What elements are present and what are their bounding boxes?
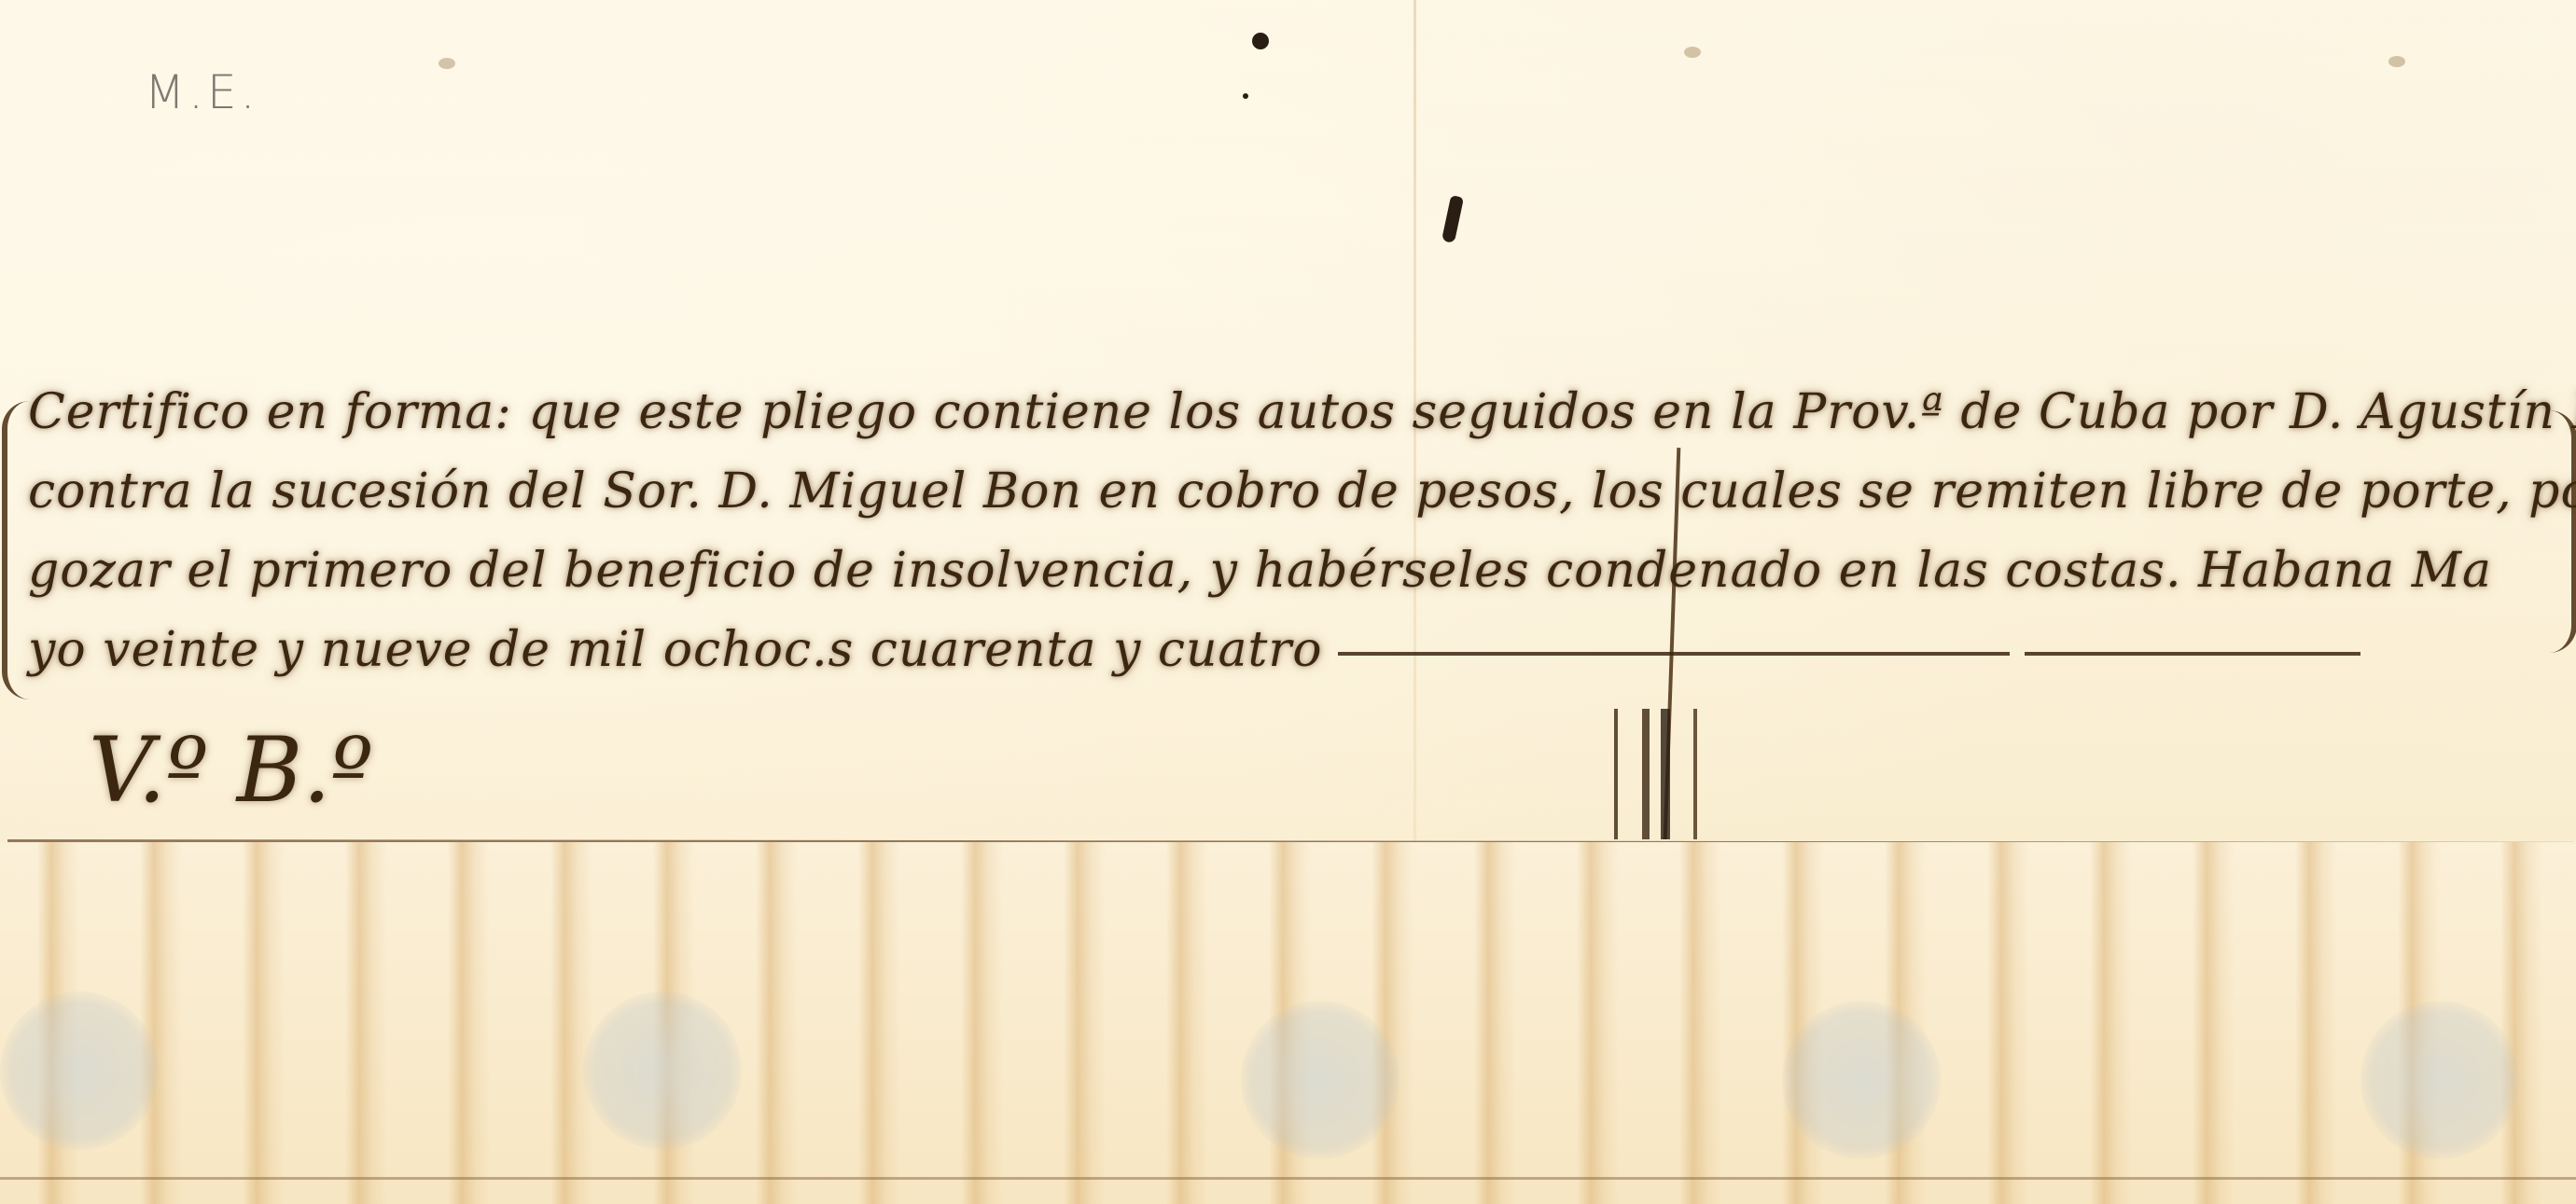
lower-folded-panel (0, 842, 2576, 1204)
visto-bueno-signature: V.º B.º (89, 718, 373, 823)
line-fill-rule (1338, 652, 2010, 656)
line-fill-rule (2025, 652, 2360, 656)
pin-hole (1684, 47, 1701, 58)
text-line: gozar el primero del beneficio de insolv… (28, 532, 2566, 611)
seal-stain (1782, 1001, 1941, 1159)
pin-hole (439, 58, 455, 69)
text-line-last: yo veinte y nueve de mil ochoc.s cuarent… (28, 611, 2566, 690)
text-line: Certifico en forma: que este pliego cont… (28, 373, 2566, 452)
bottom-page-edge (0, 1177, 2576, 1180)
text-line: yo veinte y nueve de mil ochoc.s cuarent… (28, 622, 1323, 678)
certification-text: Certifico en forma: que este pliego cont… (28, 373, 2566, 690)
seal-stain (0, 991, 159, 1150)
archive-pencil-mark: M.E. (145, 65, 259, 119)
text-line: contra la sucesión del Sor. D. Miguel Bo… (28, 452, 2566, 532)
pin-hole (2388, 56, 2405, 67)
rubric-flourish (1605, 709, 1717, 839)
ink-blot (1243, 93, 1248, 99)
manuscript-sheet: M.E. Certifico en forma: que este pliego… (0, 0, 2576, 1204)
seal-stain (2360, 1001, 2519, 1159)
seal-stain (1241, 1001, 1399, 1159)
seal-stain (583, 991, 742, 1150)
ink-blot (1252, 33, 1269, 49)
